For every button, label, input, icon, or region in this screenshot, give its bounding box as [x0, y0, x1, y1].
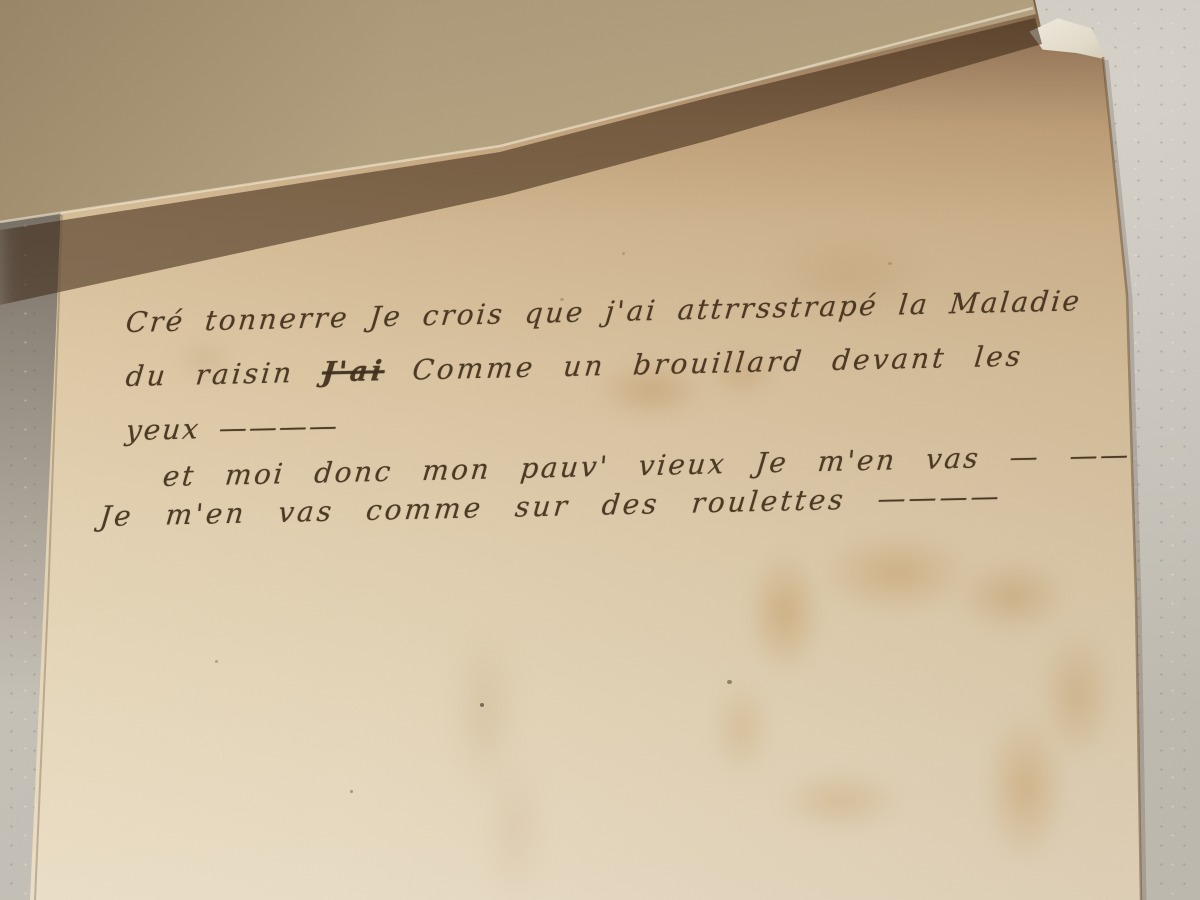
handwriting-line-2-pre: du raisin	[124, 356, 323, 394]
stain-streak-bottom	[395, 610, 595, 900]
paper-speck	[727, 680, 732, 684]
stain-midline	[555, 325, 795, 455]
photo-of-manuscript: Cré tonnerre Je crois que j'ai attrrsstr…	[0, 0, 1200, 900]
struck-word: J'ai	[320, 354, 386, 389]
paper-speck	[480, 703, 484, 707]
paper-speck	[350, 790, 353, 793]
paper-speck	[215, 660, 218, 663]
paper-speck	[888, 262, 892, 265]
handwriting-line-3: yeux ————	[124, 409, 340, 447]
coffee-ring-stain	[690, 530, 1120, 860]
paper-speck	[622, 252, 625, 255]
